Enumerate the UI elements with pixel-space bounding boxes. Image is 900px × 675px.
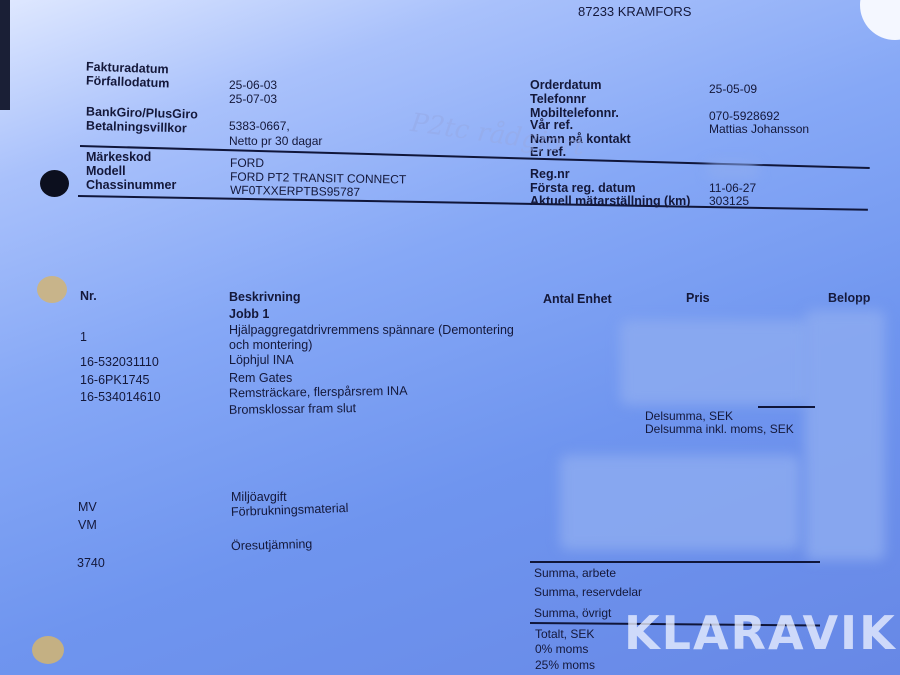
col-antal: Antal (543, 293, 574, 306)
punch-hole (40, 170, 69, 197)
moms-25: 25% moms (535, 659, 595, 672)
row-desc: Förbrukningsmaterial (231, 501, 349, 520)
value-forfallodatum: 25-07-03 (229, 93, 277, 106)
row-nr: MV (78, 500, 97, 515)
subtotal-line (758, 406, 815, 408)
label-betalningsvillkor: Betalningsvillkor (86, 120, 187, 136)
label-modell: Modell (86, 165, 126, 178)
summary-line (530, 561, 820, 563)
value-matarstallning: 303125 (709, 195, 749, 208)
redacted-amounts (805, 310, 885, 560)
subtotal-incl-vat: Delsumma inkl. moms, SEK (645, 423, 794, 436)
row-desc-cont: och montering) (229, 338, 312, 353)
address-line: 87233 KRAMFORS (578, 5, 691, 18)
row-nr: 16-534014610 (80, 390, 161, 405)
redacted-regnr (707, 162, 759, 178)
label-regnr: Reg.nr (530, 168, 570, 181)
value-markeskod: FORD (230, 157, 264, 170)
summa-reservdelar: Summa, reservdelar (534, 586, 642, 599)
label-matarstallning: Aktuell mätarställning (km) (530, 195, 690, 208)
row-nr: 3740 (77, 556, 105, 571)
value-betalningsvillkor: Netto pr 30 dagar (229, 135, 322, 148)
col-nr: Nr. (80, 290, 97, 303)
totalt-sek: Totalt, SEK (535, 628, 594, 641)
value-fakturadatum: 25-06-03 (229, 79, 277, 92)
label-telefonnr: Telefonnr (530, 93, 586, 106)
row-nr: 16-532031110 (80, 355, 159, 370)
value-bankgiro: 5383-0667, (229, 120, 290, 133)
redacted-totals (560, 455, 800, 550)
row-desc: Bromsklossar fram slut (229, 401, 356, 418)
label-chassinummer: Chassinummer (86, 179, 176, 192)
row-nr: VM (78, 518, 97, 533)
label-forfallodatum: Förfallodatum (86, 75, 170, 91)
row-desc: Hjälpaggregatdrivremmens spännare (Demon… (229, 323, 514, 338)
value-orderdatum: 25-05-09 (709, 83, 757, 96)
moms-0: 0% moms (535, 643, 588, 656)
paper-corner (860, 0, 900, 40)
col-enhet: Enhet (577, 293, 612, 306)
label-orderdatum: Orderdatum (530, 79, 602, 92)
col-belopp: Belopp (828, 292, 870, 305)
punch-hole (37, 276, 67, 303)
value-chassinummer: WF0TXXERPTBS95787 (230, 184, 360, 199)
page-edge-shadow (0, 0, 10, 110)
col-pris: Pris (686, 292, 710, 305)
row-desc: Rem Gates (229, 371, 292, 386)
summa-arbete: Summa, arbete (534, 567, 616, 580)
row-desc: Remsträckare, flerspårsrem INA (229, 384, 408, 401)
divider-line (78, 195, 868, 211)
summa-ovrigt: Summa, övrigt (534, 607, 611, 620)
redacted-prices (620, 320, 810, 405)
job-title: Jobb 1 (229, 308, 269, 321)
value-var-ref: Mattias Johansson (709, 123, 809, 136)
label-markeskod: Märkeskod (86, 151, 151, 164)
punch-hole (32, 636, 64, 664)
watermark-logo: KLARAVIK (624, 606, 897, 660)
row-nr: 16-6PK1745 (80, 373, 150, 388)
col-beskrivning: Beskrivning (229, 291, 301, 304)
row-nr: 1 (80, 330, 87, 345)
row-desc: Löphjul INA (229, 353, 294, 368)
row-desc: Öresutjämning (231, 537, 313, 554)
